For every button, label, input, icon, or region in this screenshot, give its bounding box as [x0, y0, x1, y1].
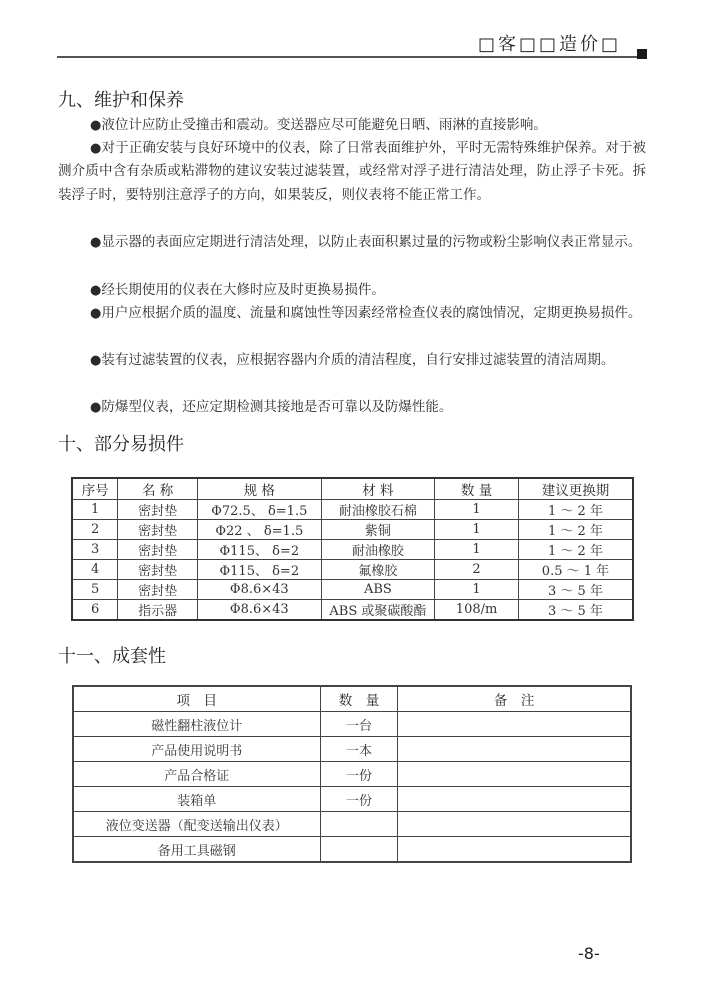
cell-material: 耐油橡胶 [321, 540, 435, 560]
cell-item: 备用工具磁钢 [73, 837, 320, 863]
cell-period: 1 ～ 2 年 [518, 520, 633, 540]
cell-quantity: 一份 [320, 787, 398, 812]
page-number: -8- [578, 944, 600, 963]
maintenance-paragraph-7: ●防爆型仪表，还应定期检测其接地是否可靠以及防爆性能。 [58, 396, 646, 419]
column-header-item: 项 目 [73, 686, 320, 712]
table-header-row: 序号 名 称 规 格 材 料 数 量 建议更换期 [72, 478, 633, 500]
table-row: 产品合格证 一份 [73, 762, 631, 787]
cell-quantity [320, 812, 398, 837]
table-row: 3 密封垫 Φ115、 δ=2 耐油橡胶 1 1 ～ 2 年 [72, 540, 633, 560]
column-header-quantity: 数 量 [320, 686, 398, 712]
cell-period: 3 ～ 5 年 [518, 600, 633, 621]
cell-item: 液位变送器（配变送输出仪表） [73, 812, 320, 837]
maintenance-paragraph-4: ●经长期使用的仪表在大修时应及时更换易损件。 [58, 279, 646, 302]
bullet-icon: ● [90, 353, 101, 368]
cell-period: 1 ～ 2 年 [518, 540, 633, 560]
column-header-spec: 规 格 [197, 478, 321, 500]
table-row: 产品使用说明书 一本 [73, 737, 631, 762]
cell-material: 紫铜 [321, 520, 435, 540]
cell-index: 1 [72, 500, 118, 520]
cell-index: 2 [72, 520, 118, 540]
column-header-remarks: 备 注 [398, 686, 631, 712]
table-row: 装箱单 一份 [73, 787, 631, 812]
cell-material: ABS [321, 580, 435, 600]
cell-quantity: 108/m [435, 600, 519, 621]
table-row: 5 密封垫 Φ8.6×43 ABS 1 3 ～ 5 年 [72, 580, 633, 600]
cell-quantity: 一份 [320, 762, 398, 787]
cell-name: 密封垫 [118, 580, 198, 600]
cell-index: 6 [72, 600, 118, 621]
cell-spec: Φ115、 δ=2 [197, 540, 321, 560]
cell-item: 产品使用说明书 [73, 737, 320, 762]
column-header-name: 名 称 [118, 478, 198, 500]
table-row: 1 密封垫 Φ72.5、 δ=1.5 耐油橡胶石棉 1 1 ～ 2 年 [72, 500, 633, 520]
table-row: 2 密封垫 Φ22 、 δ=1.5 紫铜 1 1 ～ 2 年 [72, 520, 633, 540]
cell-quantity: 一台 [320, 712, 398, 737]
cell-remarks [398, 737, 631, 762]
bullet-icon: ● [90, 235, 101, 250]
column-header-quantity: 数 量 [435, 478, 519, 500]
maintenance-paragraph-1: ●液位计应防止受撞击和震动。变送器应尽可能避免日晒、雨淋的直接影响。 [58, 114, 646, 137]
cell-index: 4 [72, 560, 118, 580]
cell-quantity: 1 [435, 520, 519, 540]
header-square-mark-icon [637, 49, 647, 59]
cell-material: 氟橡胶 [321, 560, 435, 580]
cell-remarks [398, 787, 631, 812]
cell-period: 1 ～ 2 年 [518, 500, 633, 520]
cell-quantity: 1 [435, 540, 519, 560]
section-10-heading: 十、部分易损件 [58, 430, 184, 456]
cell-spec: Φ8.6×43 [197, 600, 321, 621]
maintenance-paragraph-2: ●对于正确安装与良好环境中的仪表，除了日常表面维护外，平时无需特殊维护保养。对于… [58, 137, 646, 207]
table-row: 6 指示器 Φ8.6×43 ABS 或聚碳酸酯 108/m 3 ～ 5 年 [72, 600, 633, 621]
bullet-icon: ● [90, 400, 101, 415]
bullet-icon: ● [90, 283, 101, 298]
cell-spec: Φ22 、 δ=1.5 [197, 520, 321, 540]
maintenance-paragraph-6: ●装有过滤装置的仪表，应根据容器内介质的清洁程度，自行安排过滤装置的清洁周期。 [58, 349, 646, 372]
cell-remarks [398, 762, 631, 787]
cell-quantity: 一本 [320, 737, 398, 762]
cell-name: 密封垫 [118, 500, 198, 520]
column-header-replacement-period: 建议更换期 [518, 478, 633, 500]
cell-item: 产品合格证 [73, 762, 320, 787]
cell-item: 磁性翻柱液位计 [73, 712, 320, 737]
table-header-row: 项 目 数 量 备 注 [73, 686, 631, 712]
cell-name: 密封垫 [118, 540, 198, 560]
cell-material: 耐油橡胶石棉 [321, 500, 435, 520]
cell-spec: Φ72.5、 δ=1.5 [197, 500, 321, 520]
cell-quantity: 2 [435, 560, 519, 580]
maintenance-paragraph-3: ●显示器的表面应定期进行清洁处理，以防止表面积累过量的污物或粉尘影响仪表正常显示… [58, 231, 646, 254]
cell-quantity: 1 [435, 580, 519, 600]
table-row: 磁性翻柱液位计 一台 [73, 712, 631, 737]
cell-remarks [398, 812, 631, 837]
cell-quantity [320, 837, 398, 863]
package-contents-table: 项 目 数 量 备 注 磁性翻柱液位计 一台 产品使用说明书 一本 产品合格证 … [72, 685, 632, 863]
cell-period: 0.5 ～ 1 年 [518, 560, 633, 580]
table-row: 液位变送器（配变送输出仪表） [73, 812, 631, 837]
cell-period: 3 ～ 5 年 [518, 580, 633, 600]
cell-name: 指示器 [118, 600, 198, 621]
cell-spec: Φ8.6×43 [197, 580, 321, 600]
section-11-heading: 十一、成套性 [58, 642, 166, 668]
running-header-title: □客□□造价□ [478, 30, 621, 56]
cell-index: 5 [72, 580, 118, 600]
cell-remarks [398, 837, 631, 863]
table-row: 4 密封垫 Φ115、 δ=2 氟橡胶 2 0.5 ～ 1 年 [72, 560, 633, 580]
cell-item: 装箱单 [73, 787, 320, 812]
cell-spec: Φ115、 δ=2 [197, 560, 321, 580]
table-row: 备用工具磁钢 [73, 837, 631, 863]
cell-remarks [398, 712, 631, 737]
bullet-icon: ● [90, 141, 101, 156]
cell-quantity: 1 [435, 500, 519, 520]
cell-index: 3 [72, 540, 118, 560]
bullet-icon: ● [90, 118, 101, 133]
bullet-icon: ● [90, 306, 101, 321]
column-header-index: 序号 [72, 478, 118, 500]
cell-material: ABS 或聚碳酸酯 [321, 600, 435, 621]
column-header-material: 材 料 [321, 478, 435, 500]
cell-name: 密封垫 [118, 520, 198, 540]
spare-parts-table: 序号 名 称 规 格 材 料 数 量 建议更换期 1 密封垫 Φ72.5、 δ=… [71, 477, 634, 621]
maintenance-paragraph-5: ●用户应根据介质的温度、流量和腐蚀性等因素经常检查仪表的腐蚀情况，定期更换易损件… [58, 302, 646, 325]
header-rule [57, 56, 639, 58]
section-9-heading: 九、维护和保养 [58, 86, 184, 112]
cell-name: 密封垫 [118, 560, 198, 580]
